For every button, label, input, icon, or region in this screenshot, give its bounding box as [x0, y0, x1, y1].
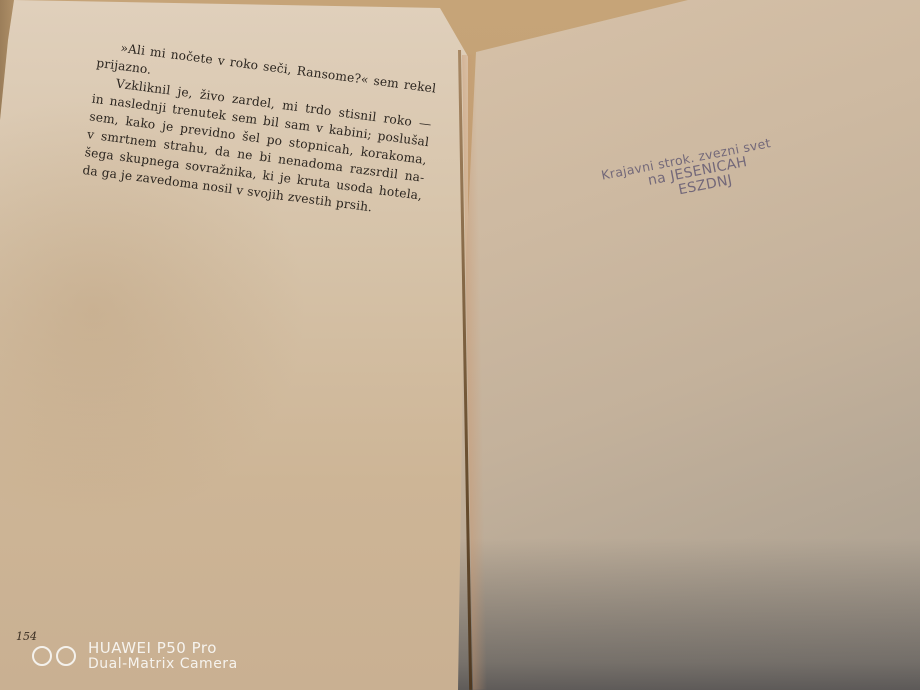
- watermark-text: HUAWEI P50 Pro Dual-Matrix Camera: [88, 640, 238, 672]
- dual-lens-logo-icon: [32, 646, 76, 666]
- lens-circle-icon: [32, 646, 52, 666]
- book-photo: »Ali mi nočete v roko seči, Ransome?« se…: [0, 0, 920, 690]
- watermark-model: HUAWEI P50 Pro: [88, 640, 238, 656]
- camera-watermark: HUAWEI P50 Pro Dual-Matrix Camera: [32, 640, 238, 672]
- lens-circle-icon: [56, 646, 76, 666]
- right-page: [458, 0, 920, 690]
- watermark-camera: Dual-Matrix Camera: [88, 656, 238, 672]
